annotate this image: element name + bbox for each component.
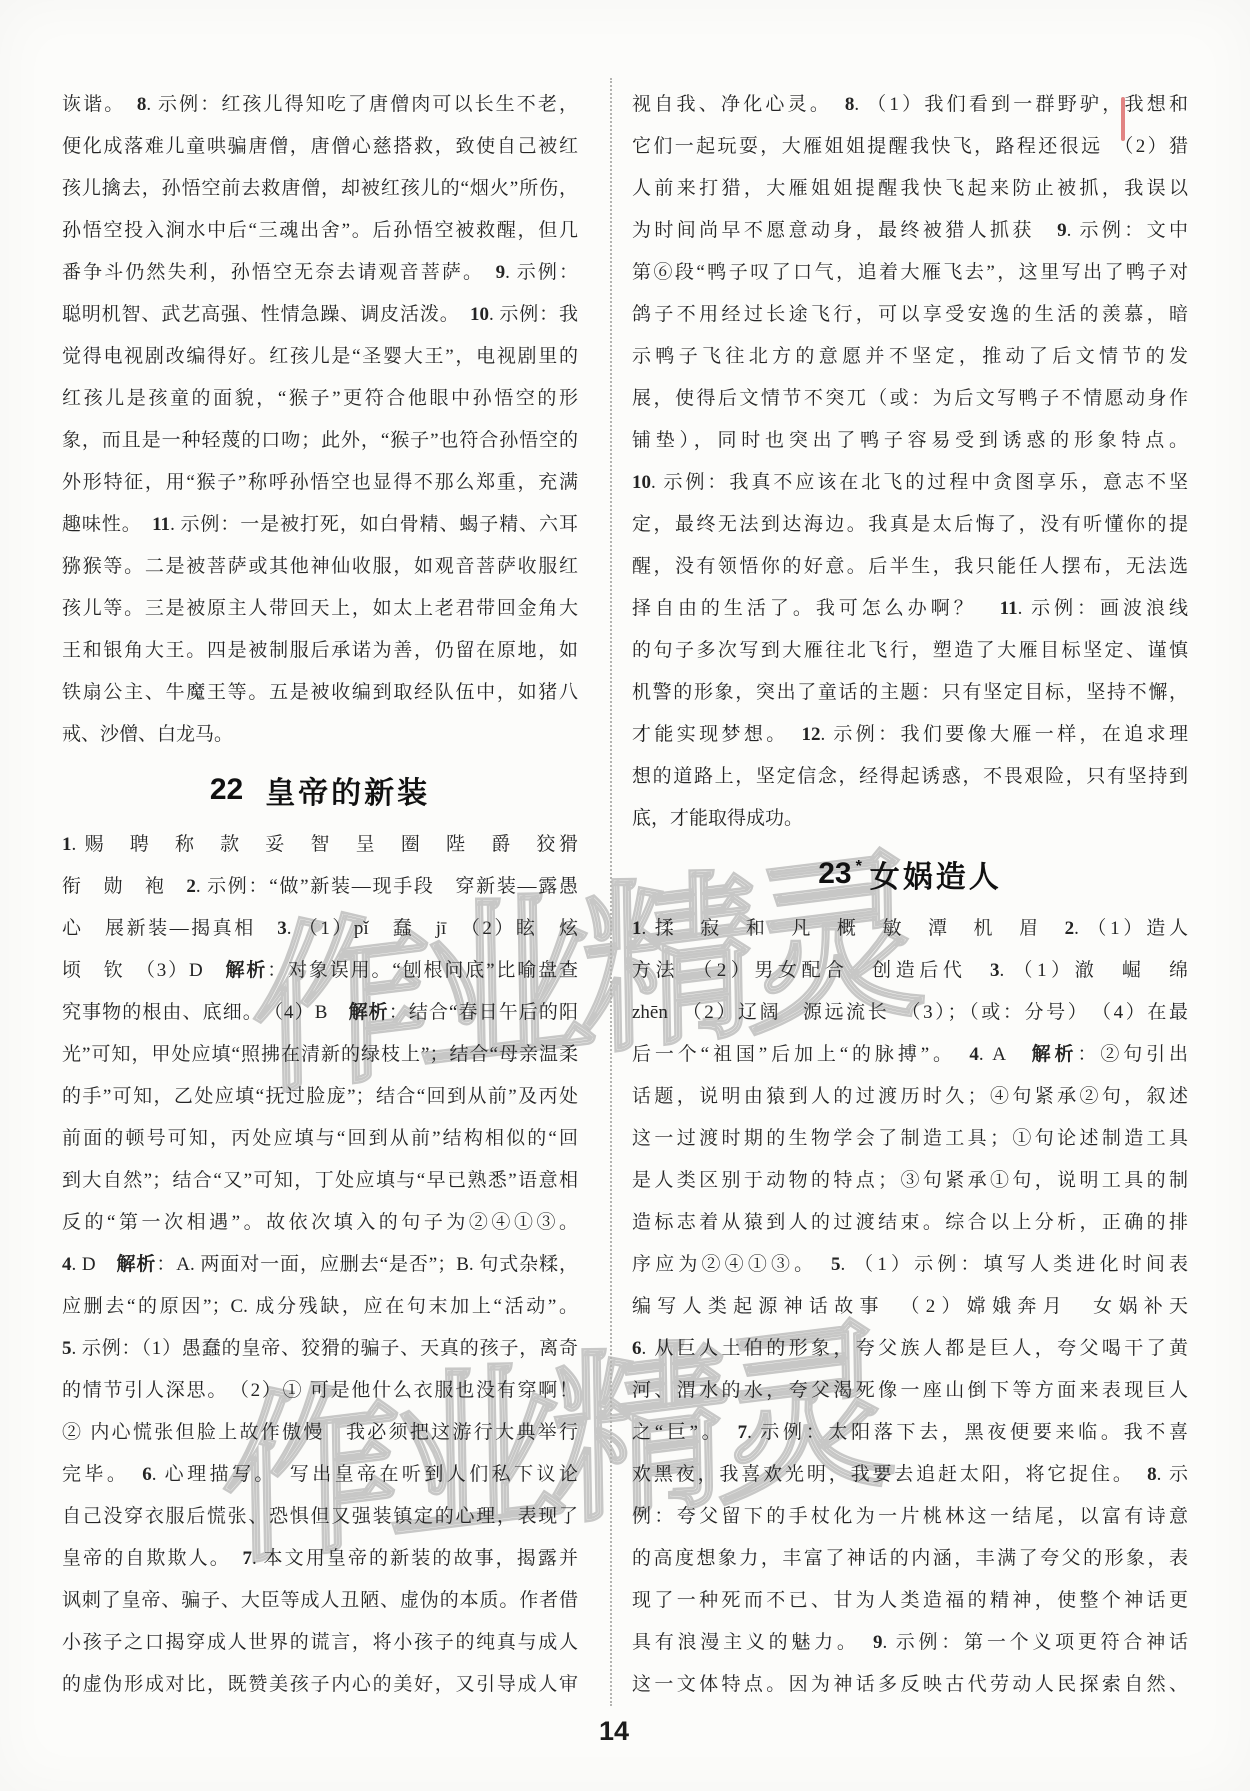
text-line: 聪明机智、武艺高强、性情急躁、调皮活泼。 10. 示例：我	[62, 294, 578, 336]
text-line: 话题，说明由猿到人的过渡历时久；④句紧承②句，叙述	[632, 1076, 1188, 1118]
workbook-answer-page: 作业精灵 作业精灵 诙谐。 8. 示例：红孩儿得知吃了唐僧肉可以长生不老，便化成…	[0, 0, 1250, 1791]
text-line: 机警的形象，突出了童话的主题：只有坚定目标，坚持不懈，	[632, 672, 1188, 714]
text-line: 象，而且是一种轻蔑的口吻；此外，“猴子”也符合孙悟空的	[62, 420, 578, 462]
text-line: 定，最终无法到达海边。我真是太后悔了，没有听懂你的提	[632, 504, 1188, 546]
text-line: 想的道路上，坚定信念，经得起诱惑，不畏艰险，只有坚持到	[632, 756, 1188, 798]
text-line: 番争斗仍然失利，孙悟空无奈去请观音菩萨。 9. 示例：	[62, 252, 578, 294]
text-line: 外形特征，用“猴子”称呼孙悟空也显得不那么郑重，充满	[62, 462, 578, 504]
section-header-23: 23*女娲造人	[632, 840, 1188, 908]
text-line: 小孩子之口揭穿成人世界的谎言，将小孩子的纯真与成人	[62, 1622, 578, 1664]
text-line: 铁扇公主、牛魔王等。五是被收编到取经队伍中，如猪八	[62, 672, 578, 714]
text-line: 的情节引人深思。 （2）① 可是他什么衣服也没有穿啊！	[62, 1370, 578, 1412]
text-line: ② 内心慌张但脸上故作傲慢 我必须把这游行大典举行	[62, 1412, 578, 1454]
text-line: 光”可知，甲处应填“照拂在清新的绿枝上”；结合“母亲温柔	[62, 1034, 578, 1076]
text-line: 择自由的生活了。我可怎么办啊？ 11. 示例：画波浪线	[632, 588, 1188, 630]
text-line: 现了一种死而不已、甘为人类造福的精神，使整个神话更	[632, 1580, 1188, 1622]
text-line: 是人类区别于动物的特点；③句紧承①句，说明工具的制	[632, 1160, 1188, 1202]
text-line: 红孩儿是孩童的面貌，“猴子”更符合他眼中孙悟空的形	[62, 378, 578, 420]
text-line: 孩儿擒去，孙悟空前去救唐僧，却被红孩儿的“烟火”所伤，	[62, 168, 578, 210]
text-line: 前面的顿号可知，丙处应填与“回到从前”结构相似的“回	[62, 1118, 578, 1160]
text-line: 1. 赐 聘 称 款 妥 智 呈 圈 陛 爵 狡猾	[62, 824, 578, 866]
text-line: 应删去“的原因”；C. 成分残缺，应在句末加上“活动”。	[62, 1286, 578, 1328]
text-line: 它们一起玩耍，大雁姐姐提醒我快飞，路程还很远 （2）猎	[632, 126, 1188, 168]
text-line: 衔 勋 袍 2. 示例：“做”新装—现手段 穿新装—露愚	[62, 866, 578, 908]
text-line: 鸽子不用经过长途飞行，可以享受安逸的生活的羡慕，暗	[632, 294, 1188, 336]
text-line: 趣味性。 11. 示例：一是被打死，如白骨精、蝎子精、六耳	[62, 504, 578, 546]
text-line: 10. 示例：我真不应该在北飞的过程中贪图享乐，意志不坚	[632, 462, 1188, 504]
text-line: 便化成落难儿童哄骗唐僧，唐僧心慈搭救，致使自己被红	[62, 126, 578, 168]
text-line: 为时间尚早不愿意动身，最终被猎人抓获 9. 示例：文中	[632, 210, 1188, 252]
text-line: 后一个“祖国”后加上“的脉搏”。 4. A 解析：②句引出	[632, 1034, 1188, 1076]
text-line: 4. D 解析：A. 两面对一面，应删去“是否”；B. 句式杂糅，	[62, 1244, 578, 1286]
text-line: 心 展新装—揭真相 3. （1）pǐ 蠢 jī （2）眩 炫	[62, 908, 578, 950]
column-left: 诙谐。 8. 示例：红孩儿得知吃了唐僧肉可以长生不老，便化成落难儿童哄骗唐僧，唐…	[62, 84, 578, 1706]
text-line: 5. 示例：（1）愚蠢的皇帝、狡猾的骗子、天真的孩子，离奇	[62, 1328, 578, 1370]
text-line: 这一过渡时期的生物学会了制造工具；①句论述制造工具	[632, 1118, 1188, 1160]
section-title: 女娲造人	[870, 852, 1002, 896]
text-line: 讽刺了皇帝、骗子、大臣等成人丑陋、虚伪的本质。作者借	[62, 1580, 578, 1622]
text-line: 具有浪漫主义的魅力。 9. 示例：第一个义项更符合神话	[632, 1622, 1188, 1664]
text-line: 猕猴等。二是被菩萨或其他神仙收服，如观音菩萨收服红	[62, 546, 578, 588]
text-line: 铺垫），同时也突出了鸭子容易受到诱惑的形象特点。	[632, 420, 1188, 462]
text-line: 到大自然”；结合“又”可知，丁处应填与“早已熟悉”语意相	[62, 1160, 578, 1202]
text-line: 的手”可知，乙处应填“抚过脸庞”；结合“回到从前”及丙处	[62, 1076, 578, 1118]
text-line: 方法 （2）男女配合 创造后代 3. （1）澈 崛 绵	[632, 950, 1188, 992]
text-line: 欢黑夜，我喜欢光明，我要去追赶太阳，将它捉住。 8. 示	[632, 1454, 1188, 1496]
column-divider	[610, 78, 612, 1706]
section-header-22: 22皇帝的新装	[62, 756, 578, 824]
text-line: 的句子多次写到大雁往北飞行，塑造了大雁目标坚定、谨慎	[632, 630, 1188, 672]
section-number: 23	[818, 857, 851, 891]
column-right: 视自我、净化心灵。 8. （1）我们看到一群野驴，我想和它们一起玩耍，大雁姐姐提…	[632, 84, 1188, 1706]
text-line: 皇帝的自欺欺人。 7. 本文用皇帝的新装的故事，揭露并	[62, 1538, 578, 1580]
text-line: 觉得电视剧改编得好。红孩儿是“圣婴大王”，电视剧里的	[62, 336, 578, 378]
text-line: 例：夸父留下的手杖化为一片桃林这一结尾，以富有诗意	[632, 1496, 1188, 1538]
section-star: *	[856, 858, 864, 876]
text-line: 展，使得后文情节不突兀（或：为后文写鸭子不情愿动身作	[632, 378, 1188, 420]
text-line: 第⑥段“鸭子叹了口气，追着大雁飞去”，这里写出了鸭子对	[632, 252, 1188, 294]
text-line: 人前来打猎，大雁姐姐提醒我快飞起来防止被抓，我误以	[632, 168, 1188, 210]
text-line: 诙谐。 8. 示例：红孩儿得知吃了唐僧肉可以长生不老，	[62, 84, 578, 126]
text-line: 编写人类起源神话故事 （2）嫦娥奔月 女娲补天	[632, 1286, 1188, 1328]
text-line: 1. 揉 寂 和 凡 概 敏 潭 机 眉 2. （1）造人	[632, 908, 1188, 950]
text-line: 之“巨”。 7. 示例：太阳落下去，黑夜便要来临。我不喜	[632, 1412, 1188, 1454]
section-title: 皇帝的新装	[265, 768, 430, 812]
text-line: 戒、沙僧、白龙马。	[62, 714, 578, 756]
page-number: 14	[0, 1716, 1228, 1747]
text-line: 底，才能取得成功。	[632, 798, 1188, 840]
text-line: 王和银角大王。四是被制服后承诺为善，仍留在原地，如	[62, 630, 578, 672]
text-line: 6. 从巨人土伯的形象，夸父族人都是巨人，夸父喝干了黄	[632, 1328, 1188, 1370]
text-line: 孙悟空投入涧水中后“三魂出舍”。后孙悟空被救醒，但几	[62, 210, 578, 252]
text-line: 顷 钦 （3）D 解析：对象误用。“刨根问底”比喻盘查	[62, 950, 578, 992]
section-number: 22	[210, 773, 243, 807]
text-line: 的高度想象力，丰富了神话的内涵，丰满了夸父的形象，表	[632, 1538, 1188, 1580]
text-line: 自己没穿衣服后慌张、恐惧但又强装镇定的心理，表现了	[62, 1496, 578, 1538]
text-line: 完毕。 6. 心理描写。 写出皇帝在听到人们私下议论	[62, 1454, 578, 1496]
text-line: 究事物的根由、底细。 （4）B 解析：结合“春日午后的阳	[62, 992, 578, 1034]
text-line: 示鸭子飞往北方的意愿并不坚定，推动了后文情节的发	[632, 336, 1188, 378]
text-line: 造标志着从猿到人的过渡结束。综合以上分析，正确的排	[632, 1202, 1188, 1244]
text-line: 孩儿等。三是被原主人带回天上，如太上老君带回金角大	[62, 588, 578, 630]
text-line: 这一文体特点。因为神话多反映古代劳动人民探索自然、	[632, 1664, 1188, 1706]
text-line: 河、渭水的水，夸父渴死像一座山倒下等方面来表现巨人	[632, 1370, 1188, 1412]
text-line: 才能实现梦想。 12. 示例：我们要像大雁一样，在追求理	[632, 714, 1188, 756]
text-line: 视自我、净化心灵。 8. （1）我们看到一群野驴，我想和	[632, 84, 1188, 126]
text-line: zhēn （2）辽阔 源远流长 （3）；（或：分号） （4）在最	[632, 992, 1188, 1034]
text-line: 反的“第一次相遇”。故依次填入的句子为②④①③。	[62, 1202, 578, 1244]
text-line: 醒，没有领悟你的好意。后半生，我只能任人摆布，无法选	[632, 546, 1188, 588]
text-line: 的虚伪形成对比，既赞美孩子内心的美好，又引导成人审	[62, 1664, 578, 1706]
text-line: 序应为②④①③。 5. （1）示例：填写人类进化时间表	[632, 1244, 1188, 1286]
